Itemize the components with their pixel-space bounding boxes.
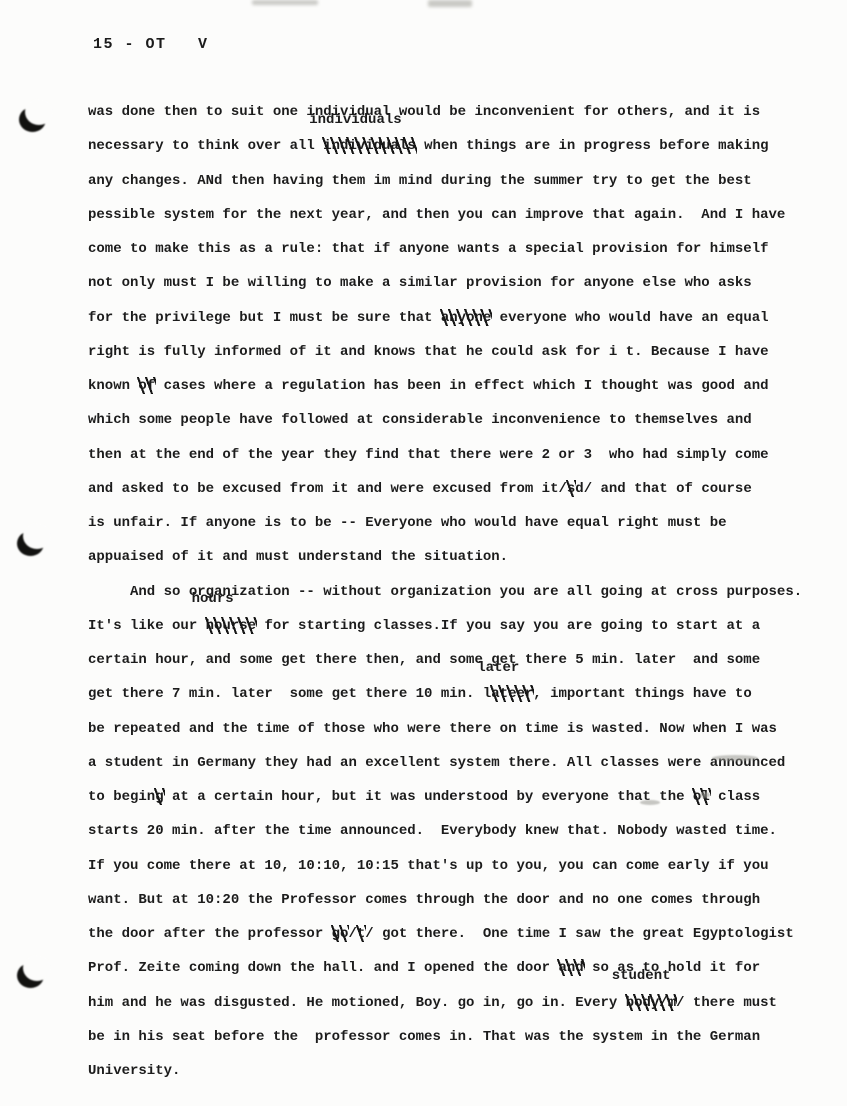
struck-text: g [155,780,163,814]
text-line: Prof. Zeite coming down the hall. and I … [88,951,837,985]
punch-hole-icon [19,107,46,132]
text-segment: pessible system for the next year, and t… [88,207,785,223]
text-line: University. [88,1054,837,1088]
inserted-correction: individuals [309,113,401,127]
text-segment: and asked to be excused from it and were… [88,481,567,497]
text-segment: is unfair. If anyone is to be -- Everyon… [88,515,727,531]
text-line: which some people have followed at consi… [88,403,837,437]
text-segment: cases where a regulation has been in eff… [155,378,768,394]
text-segment: then at the end of the year they find th… [88,447,769,463]
text-segment: be repeated and the time of those who we… [88,721,777,737]
text-line: then at the end of the year they find th… [88,438,837,472]
text-line: necessary to think over all individualsi… [88,129,837,163]
scan-artifact-top [252,0,318,5]
text-line: want. But at 10:20 the Professor comes t… [88,883,837,917]
text-line: appuaised of it and must understand the … [88,540,837,574]
text-segment: was done then to suit one individual wou… [88,104,760,120]
struck-text: individualsindividuals [323,129,415,163]
text-segment: right is fully informed of it and knows … [88,344,769,360]
text-segment: certain hour, and some get there then, a… [88,652,760,668]
text-segment: class [710,789,760,805]
text-line: right is fully informed of it and knows … [88,335,837,369]
text-line: get there 7 min. later some get there 10… [88,677,837,711]
text-segment: to begin [88,789,155,805]
text-segment: any changes. ANd then having them im min… [88,173,752,189]
text-segment: appuaised of it and must understand the … [88,549,508,565]
text-segment: so as to hold it for [584,960,760,976]
text-line: It's like our hoursehours for starting c… [88,609,837,643]
text-line: a student in Germany they had an excelle… [88,746,837,780]
text-segment: / [348,926,356,942]
inserted-correction: student [612,969,671,983]
text-segment: which some people have followed at consi… [88,412,752,428]
text-segment: the door after the professor [88,926,332,942]
text-segment: come to make this as a rule: that if any… [88,241,769,257]
text-segment: If you come there at 10, 10:10, 10:15 th… [88,858,769,874]
text-segment: It's like our [88,618,206,634]
inserted-correction: later [477,661,519,675]
text-segment: d/ and that of course [575,481,751,497]
text-segment: necessary to think over all [88,138,323,154]
text-segment: at a certain hour, but it was understood… [164,789,693,805]
document-body: was done then to suit one individual wou… [88,95,837,1088]
text-line: pessible system for the next year, and t… [88,198,837,232]
pencil-mark [712,755,758,761]
struck-text: ateerlater [491,677,533,711]
text-line: to beging at a certain hour, but it was … [88,780,837,814]
struck-text: of [138,369,155,403]
struck-text: body/mstudent [626,986,676,1020]
struck-text: anyone [441,301,491,335]
text-line: is unfair. If anyone is to be -- Everyon… [88,506,837,540]
pencil-mark [700,792,710,798]
text-line: the door after the professor go/t/ got t… [88,917,837,951]
struck-text: s [567,472,575,506]
text-line: come to make this as a rule: that if any… [88,232,837,266]
document-page: 15 - OT V was done then to suit one indi… [0,0,847,1106]
text-line: known of cases where a regulation has be… [88,369,837,403]
text-segment: Prof. Zeite coming down the hall. and I … [88,960,558,976]
text-segment: University. [88,1063,180,1079]
scan-artifact-top [428,0,472,7]
text-segment: be in his seat before the professor come… [88,1029,760,1045]
pencil-mark [640,800,660,805]
text-line: not only must I be willing to make a sim… [88,266,837,300]
text-segment: for the privilege but I must be sure tha… [88,310,441,326]
inserted-correction: hours [192,592,234,606]
text-line: be in his seat before the professor come… [88,1020,837,1054]
text-line: for the privilege but I must be sure tha… [88,301,837,335]
punch-hole-icon [17,963,44,988]
text-line: be repeated and the time of those who we… [88,712,837,746]
text-segment: known [88,378,138,394]
text-line: starts 20 min. after the time announced.… [88,814,837,848]
text-segment: everyone who would have an equal [491,310,768,326]
text-segment: / there must [676,995,777,1011]
page-header: 15 - OT V [93,36,209,53]
text-segment: , important things have to [533,686,751,702]
text-line: certain hour, and some get there then, a… [88,643,837,677]
text-line: and asked to be excused from it and were… [88,472,837,506]
text-segment: get there 7 min. later some get there 10… [88,686,491,702]
struck-text: and [558,951,583,985]
text-segment: starts 20 min. after the time announced.… [88,823,777,839]
text-segment: him and he was disgusted. He motioned, B… [88,995,626,1011]
text-segment: a student in Germany they had an excelle… [88,755,785,771]
text-segment: for starting classes.If you say you are … [256,618,760,634]
text-line: any changes. ANd then having them im min… [88,164,837,198]
struck-text: go [332,917,349,951]
struck-text: hoursehours [206,609,256,643]
text-segment: when things are in progress before makin… [416,138,769,154]
text-line: him and he was disgusted. He motioned, B… [88,986,837,1020]
text-line: was done then to suit one individual wou… [88,95,837,129]
text-segment: not only must I be willing to make a sim… [88,275,752,291]
text-segment: / got there. One time I saw the great Eg… [365,926,793,942]
text-segment: want. But at 10:20 the Professor comes t… [88,892,760,908]
struck-text: t [357,917,365,951]
text-line: If you come there at 10, 10:10, 10:15 th… [88,849,837,883]
punch-hole-icon [17,531,44,556]
